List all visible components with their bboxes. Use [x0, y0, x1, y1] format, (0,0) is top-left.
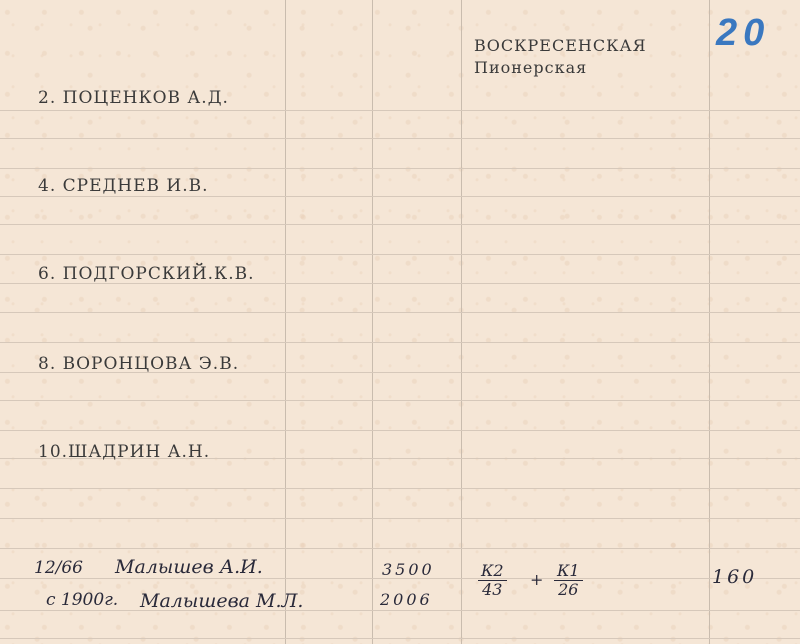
resident-entry: 8. ВОРОНЦОВА Э.В. [38, 354, 239, 374]
row-line [0, 110, 800, 111]
row-line [0, 548, 800, 549]
fraction-2-den: 26 [558, 581, 578, 599]
row-line [0, 342, 800, 343]
resident-entry: 2. ПОЦЕНКОВ А.Д. [38, 88, 229, 108]
hand-name-1: Малышев А.И. [115, 556, 263, 578]
resident-entry: 4. СРЕДНЕВ И.В. [38, 176, 209, 196]
street-name: ВОСКРЕСЕНСКАЯ [474, 36, 646, 55]
fraction-1-num: К2 [478, 562, 507, 581]
row-line [0, 638, 800, 639]
hand-value-2: 2006 [380, 590, 433, 609]
hand-value-1: 3500 [382, 560, 435, 579]
row-line [0, 168, 800, 169]
row-line [0, 430, 800, 431]
row-line [0, 224, 800, 225]
row-line [0, 518, 800, 519]
street-subname: Пионерская [474, 58, 587, 77]
row-line [0, 196, 800, 197]
row-line [0, 400, 800, 401]
row-line [0, 254, 800, 255]
hand-since: с 1900г. [46, 590, 118, 610]
fraction-1: К2 43 [478, 562, 507, 599]
hand-total: 160 [712, 566, 757, 588]
row-line [0, 312, 800, 313]
resident-entry: 10.ШАДРИН А.Н. [38, 442, 210, 462]
hand-name-2: Малышева М.Л. [140, 590, 303, 612]
row-line [0, 138, 800, 139]
resident-entry: 6. ПОДГОРСКИЙ.К.В. [38, 264, 255, 284]
fraction-2: К1 26 [554, 562, 583, 599]
row-line [0, 488, 800, 489]
hand-date: 12/66 [34, 558, 83, 578]
card-number: 20 [716, 12, 770, 55]
row-line [0, 610, 800, 611]
fraction-2-num: К1 [554, 562, 583, 581]
plus-sign: + [530, 570, 543, 589]
fraction-1-den: 43 [482, 581, 502, 599]
